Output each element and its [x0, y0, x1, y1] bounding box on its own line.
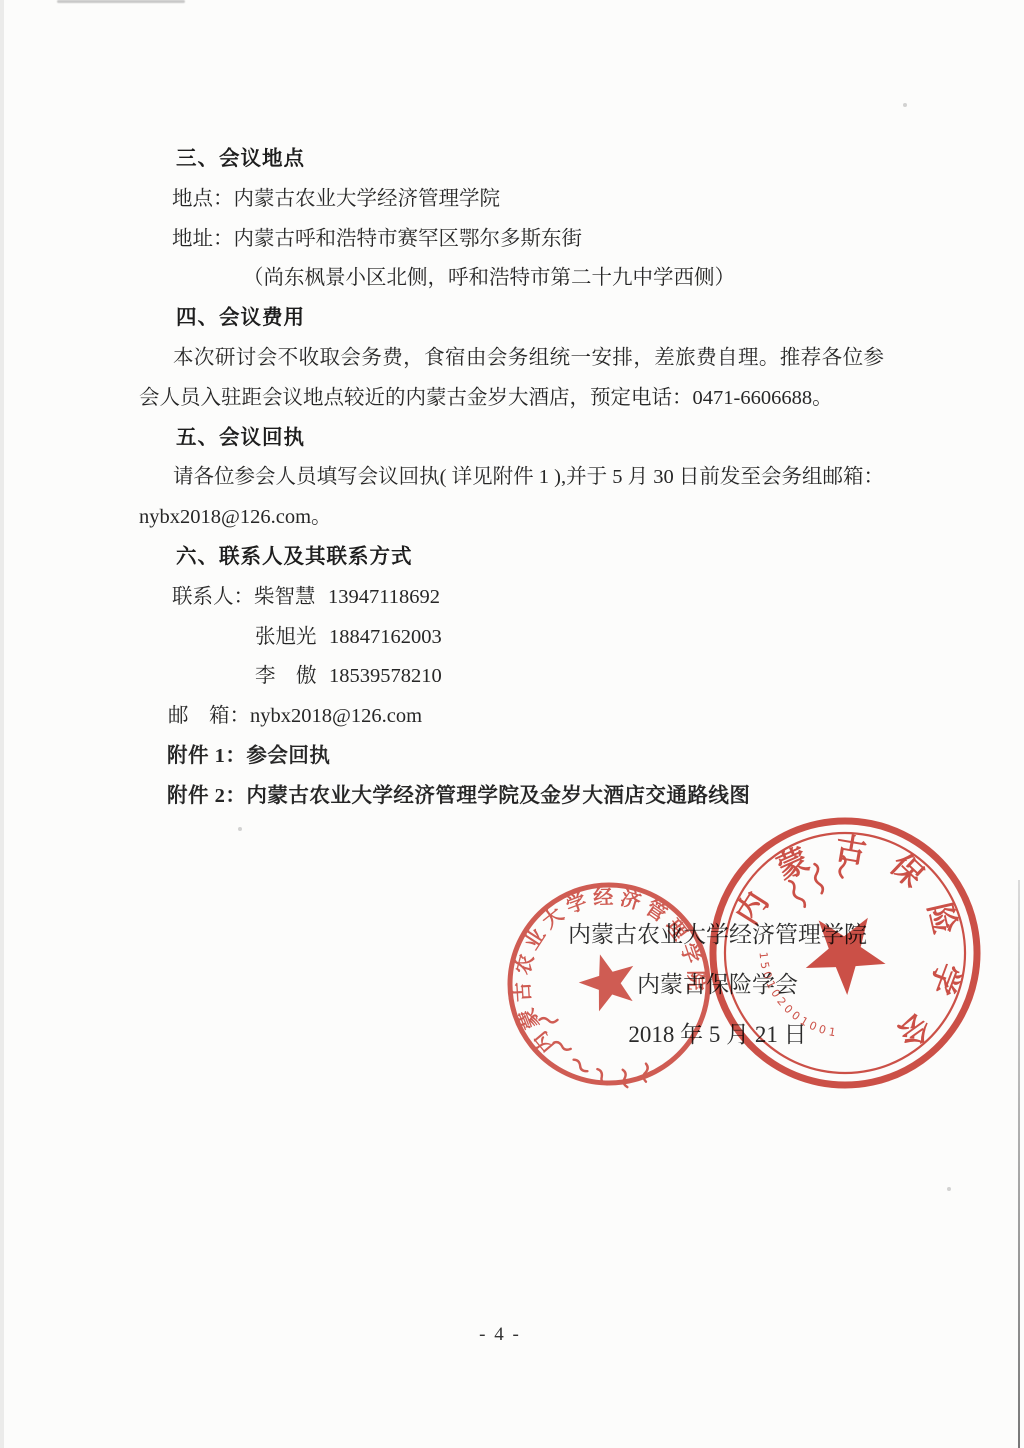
attachment-row-2: 附件 2：内蒙古农业大学经济管理学院及金岁大酒店交通路线图	[139, 777, 884, 817]
contact-row-1: 联系人：柴智慧13947118692	[139, 578, 884, 618]
attachment-row-1: 附件 1：参会回执	[139, 737, 884, 777]
attachment-text: 内蒙古农业大学经济管理学院及金岁大酒店交通路线图	[246, 785, 750, 807]
document-body: 三、会议地点 地点：内蒙古农业大学经济管理学院 地址：内蒙古呼和浩特市赛罕区鄂尔…	[139, 140, 884, 817]
contact-phone: 18539578210	[329, 665, 442, 687]
scan-speck	[238, 827, 242, 831]
scan-speck	[947, 1187, 951, 1191]
signature-block: 内蒙古农业大学经济管理学院 内蒙古保险学会 2018 年 5 月 21 日	[545, 910, 890, 1060]
email-row: 邮 箱：nybx2018@126.com	[139, 697, 884, 737]
attachment-label: 附件 1：	[167, 745, 246, 767]
venue-address-note: （尚东枫景小区北侧，呼和浩特市第二十九中学西侧）	[139, 259, 884, 299]
scan-smudge	[57, 0, 185, 3]
section-reply-heading: 五、会议回执	[139, 419, 884, 459]
fees-paragraph: 本次研讨会不收取会务费，食宿由会务组统一安排，差旅费自理。推荐各位参会人员入驻距…	[139, 339, 884, 419]
contact-phone: 18847162003	[329, 626, 442, 648]
section-fees-heading: 四、会议费用	[139, 299, 884, 339]
signature-org-university: 内蒙古农业大学经济管理学院	[545, 910, 890, 960]
contact-name: 柴智慧	[254, 578, 318, 618]
signature-date: 2018 年 5 月 21 日	[545, 1010, 890, 1060]
section-venue-heading: 三、会议地点	[139, 140, 884, 180]
venue-address: 地址：内蒙古呼和浩特市赛罕区鄂尔多斯东街	[139, 220, 884, 260]
scan-edge-shadow	[0, 0, 4, 1448]
email-value: nybx2018@126.com	[250, 705, 422, 727]
scan-speck	[903, 103, 907, 107]
contact-row-2: 张旭光18847162003	[139, 618, 884, 658]
section-contacts-heading: 六、联系人及其联系方式	[139, 538, 884, 578]
contacts-label: 联系人：	[172, 586, 254, 608]
contact-phone: 13947118692	[328, 586, 440, 608]
email-label: 邮 箱：	[168, 705, 250, 727]
venue-location: 地点：内蒙古农业大学经济管理学院	[139, 180, 884, 220]
signature-org-society: 内蒙古保险学会	[545, 960, 890, 1010]
contact-name: 张旭光	[255, 618, 319, 658]
contact-row-3: 李 傲18539578210	[139, 657, 884, 697]
page-number: - 4 -	[0, 1324, 1000, 1346]
scan-edge-line	[1018, 880, 1020, 1448]
attachment-label: 附件 2：	[167, 785, 246, 807]
mongolian-script-marks	[780, 838, 854, 919]
contact-name: 李 傲	[255, 657, 319, 697]
attachment-text: 参会回执	[246, 745, 330, 767]
reply-paragraph: 请各位参会人员填写会议回执( 详见附件 1 ),并于 5 月 30 日前发至会务…	[139, 458, 884, 538]
